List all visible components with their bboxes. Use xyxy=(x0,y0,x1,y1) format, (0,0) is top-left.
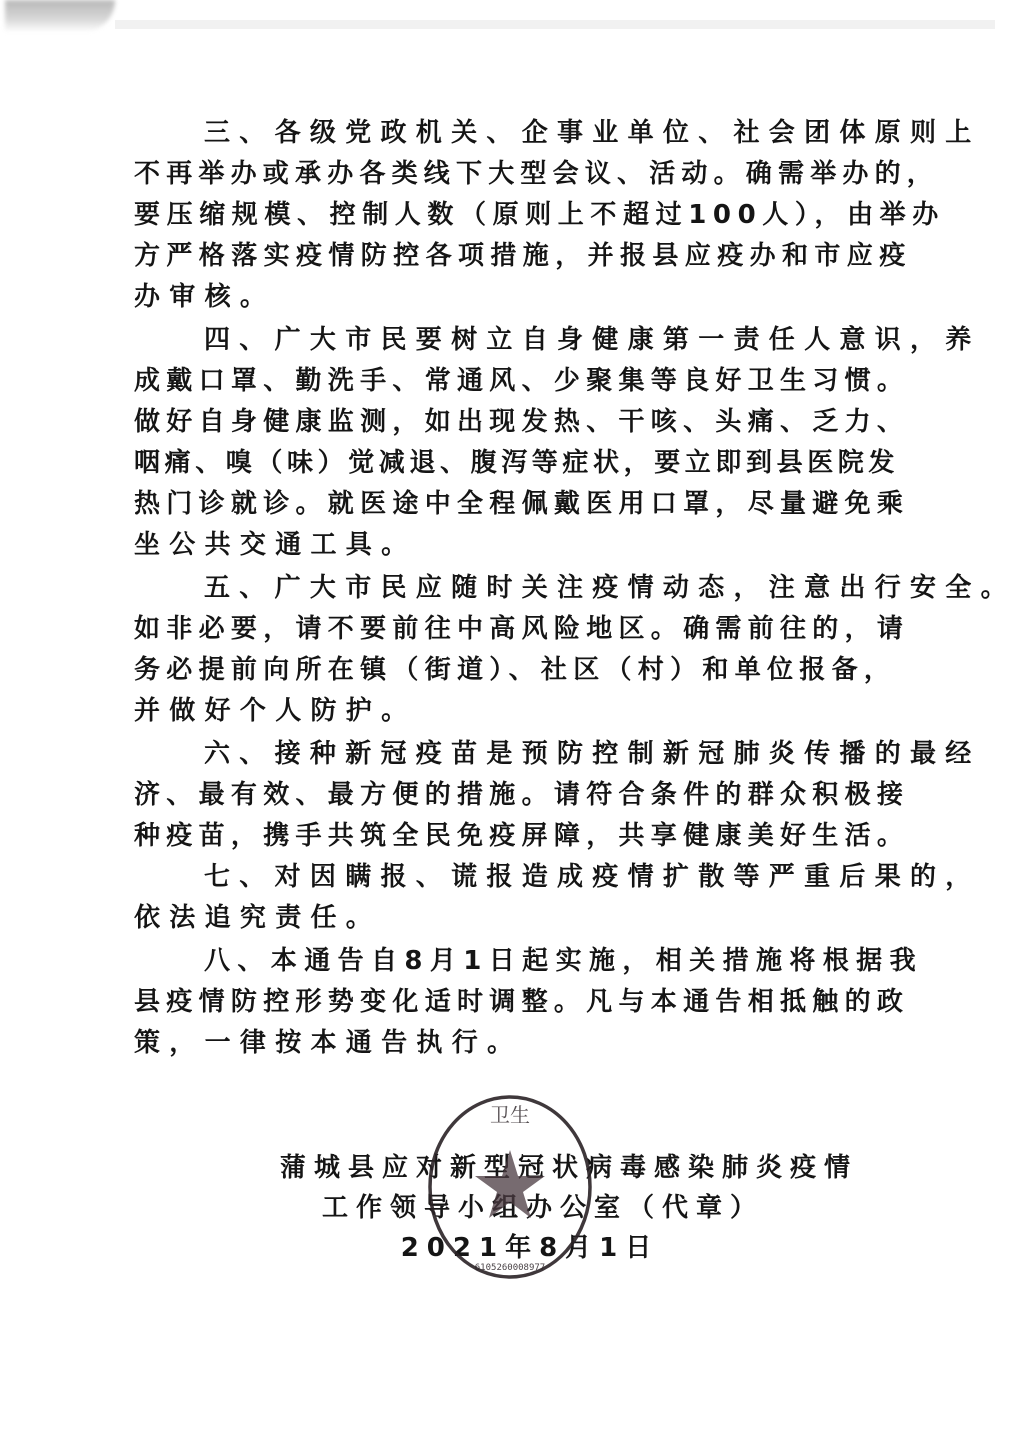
paragraph-3: 三、各级党政机关、企事业单位、社会团体原则上 不再举办或承办各类线下大型会议、活… xyxy=(134,113,886,318)
issuing-office: 工作领导小组办公室（代章） xyxy=(266,1188,820,1228)
text-line: 六、接种新冠疫苗是预防控制新冠肺炎传播的最经 xyxy=(134,734,886,775)
issue-date: 2021年8月1日 xyxy=(240,1228,820,1268)
text-line: 热门诊就诊。就医途中全程佩戴医用口罩，尽量避免乘 xyxy=(134,484,886,525)
scan-edge-band xyxy=(115,20,995,29)
issuing-organization: 蒲城县应对新型冠状病毒感染肺炎疫情 xyxy=(280,1148,820,1188)
text-line: 坐公共交通工具。 xyxy=(134,525,886,566)
text-line: 四、广大市民要树立自身健康第一责任人意识，养 xyxy=(134,320,886,361)
paragraph-5: 五、广大市民应随时关注疫情动态，注意出行安全。 如非必要，请不要前往中高风险地区… xyxy=(134,568,886,732)
text-line: 五、广大市民应随时关注疫情动态，注意出行安全。 xyxy=(134,568,886,609)
paragraph-7: 七、对因瞒报、谎报造成疫情扩散等严重后果的， 依法追究责任。 xyxy=(134,857,886,939)
text-line: 并做好个人防护。 xyxy=(134,691,886,732)
text-line: 咽痛、嗅（味）觉减退、腹泻等症状，要立即到县医院发 xyxy=(134,443,886,484)
text-line: 八、本通告自8月1日起实施，相关措施将根据我 xyxy=(134,941,886,982)
text-line: 济、最有效、最方便的措施。请符合条件的群众积极接 xyxy=(134,775,886,816)
text-line: 做好自身健康监测，如出现发热、干咳、头痛、乏力、 xyxy=(134,402,886,443)
text-line: 种疫苗，携手共筑全民免疫屏障，共享健康美好生活。 xyxy=(134,816,886,857)
scan-smudge xyxy=(5,0,115,32)
notice-body: 三、各级党政机关、企事业单位、社会团体原则上 不再举办或承办各类线下大型会议、活… xyxy=(134,113,886,1064)
paragraph-8: 八、本通告自8月1日起实施，相关措施将根据我 县疫情防控形势变化适时调整。凡与本… xyxy=(134,941,886,1064)
text-line: 成戴口罩、勤洗手、常通风、少聚集等良好卫生习惯。 xyxy=(134,361,886,402)
text-line: 七、对因瞒报、谎报造成疫情扩散等严重后果的， xyxy=(134,857,886,898)
text-line: 三、各级党政机关、企事业单位、社会团体原则上 xyxy=(134,113,886,154)
seal-top-text: 卫生 xyxy=(490,1103,530,1127)
text-line: 要压缩规模、控制人数（原则上不超过100人），由举办 xyxy=(134,195,886,236)
text-line: 不再举办或承办各类线下大型会议、活动。确需举办的， xyxy=(134,154,886,195)
signature-block: 蒲城县应对新型冠状病毒感染肺炎疫情 工作领导小组办公室（代章） 2021年8月1… xyxy=(280,1148,820,1268)
paragraph-4: 四、广大市民要树立自身健康第一责任人意识，养 成戴口罩、勤洗手、常通风、少聚集等… xyxy=(134,320,886,566)
text-line: 如非必要，请不要前往中高风险地区。确需前往的，请 xyxy=(134,609,886,650)
text-line: 依法追究责任。 xyxy=(134,898,886,939)
text-line: 方严格落实疫情防控各项措施，并报县应疫办和市应疫 xyxy=(134,236,886,277)
paragraph-6: 六、接种新冠疫苗是预防控制新冠肺炎传播的最经 济、最有效、最方便的措施。请符合条… xyxy=(134,734,886,857)
text-line: 县疫情防控形势变化适时调整。凡与本通告相抵触的政 xyxy=(134,982,886,1023)
text-line: 务必提前向所在镇（街道）、社区（村）和单位报备， xyxy=(134,650,886,691)
text-line: 办审核。 xyxy=(134,277,886,318)
text-line: 策，一律按本通告执行。 xyxy=(134,1023,886,1064)
